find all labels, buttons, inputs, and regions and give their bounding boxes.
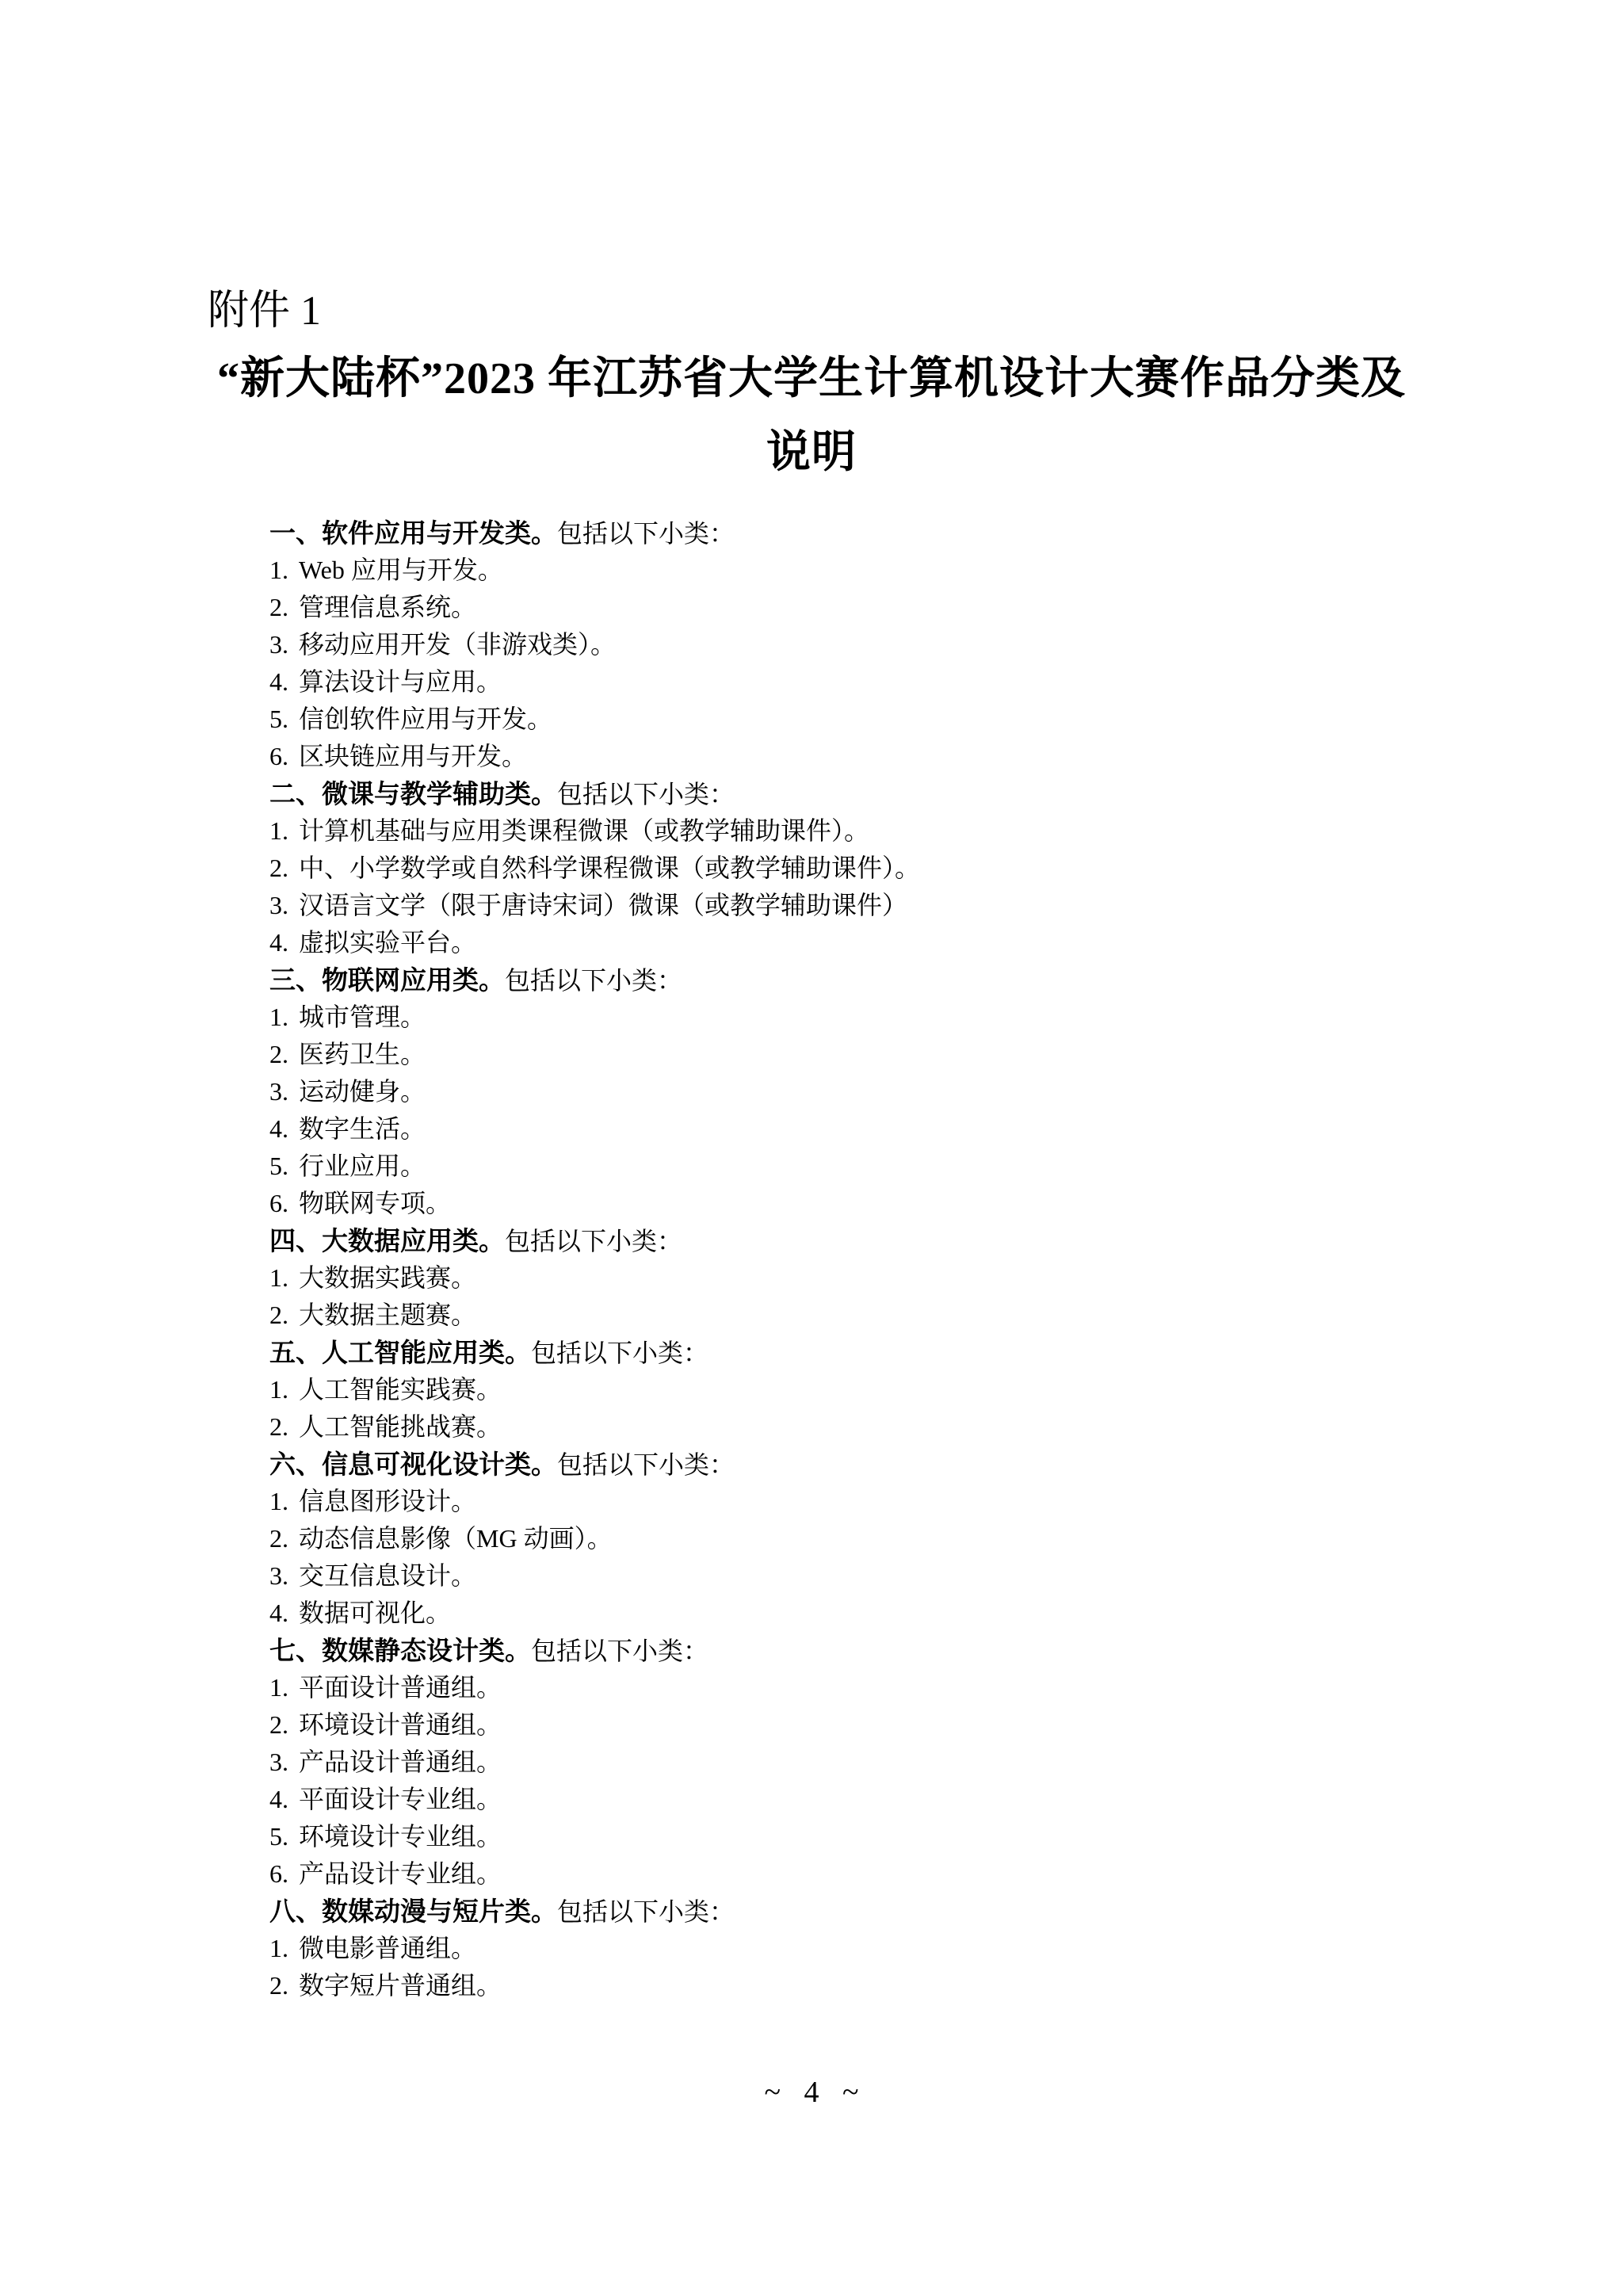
list-item-number: 6. (269, 738, 288, 775)
document-title: “新大陆杯”2023 年江苏省大学生计算机设计大赛作品分类及 说明 (111, 342, 1512, 490)
title-line-2: 说明 (111, 416, 1512, 490)
list-item-text: 大数据主题赛。 (299, 1301, 476, 1329)
list-item: 1.大数据实践赛。 (269, 1259, 1575, 1297)
list-item: 2.环境设计普通组。 (269, 1706, 1575, 1744)
list-item: 6.物联网专项。 (269, 1185, 1575, 1222)
list-item-text: 数据可视化。 (299, 1599, 451, 1627)
list-item-text: 产品设计专业组。 (299, 1859, 502, 1888)
title-line-1: “新大陆杯”2023 年江苏省大学生计算机设计大赛作品分类及 (111, 342, 1512, 416)
list-item: 3.交互信息设计。 (269, 1557, 1575, 1595)
list-item: 5.环境设计专业组。 (269, 1818, 1575, 1855)
list-item-number: 1. (269, 1930, 288, 1967)
list-item-number: 2. (269, 589, 288, 626)
list-item-number: 6. (269, 1185, 288, 1222)
category-heading-note: 包括以下小类： (505, 1227, 682, 1255)
list-item: 3.产品设计普通组。 (269, 1744, 1575, 1781)
list-item-number: 2. (269, 1036, 288, 1073)
list-item: 2.人工智能挑战赛。 (269, 1408, 1575, 1446)
list-item-text: 行业应用。 (299, 1152, 426, 1180)
list-item-text: 平面设计专业组。 (299, 1785, 502, 1813)
list-item-number: 2. (269, 1408, 288, 1446)
category-heading-note: 包括以下小类： (531, 1339, 708, 1367)
list-item: 2.管理信息系统。 (269, 589, 1575, 626)
list-item-text: 平面设计普通组。 (299, 1673, 502, 1702)
list-item-number: 3. (269, 1744, 288, 1781)
list-item-text: 产品设计普通组。 (299, 1748, 502, 1776)
category-heading: 七、数媒静态设计类。包括以下小类： (269, 1632, 1575, 1669)
list-item-text: 汉语言文学（限于唐诗宋词）微课（或教学辅助课件） (299, 891, 907, 919)
category-heading: 五、人工智能应用类。包括以下小类： (269, 1334, 1575, 1371)
list-item-number: 4. (269, 924, 288, 961)
list-item-number: 1. (269, 999, 288, 1036)
list-item-text: 中、小学数学或自然科学课程微课（或教学辅助课件）。 (299, 854, 920, 882)
list-item-text: 环境设计专业组。 (299, 1822, 502, 1851)
list-item-text: 物联网专项。 (299, 1189, 451, 1217)
list-item-number: 1. (269, 1259, 288, 1297)
category-heading-title: 八、数媒动漫与短片类。 (269, 1897, 557, 1926)
list-item: 2.动态信息影像（MG 动画）。 (269, 1520, 1575, 1557)
category-heading: 四、大数据应用类。包括以下小类： (269, 1222, 1575, 1259)
list-item: 2.中、小学数学或自然科学课程微课（或教学辅助课件）。 (269, 850, 1575, 887)
category-heading-note: 包括以下小类： (557, 1450, 735, 1479)
list-item: 1.计算机基础与应用类课程微课（或教学辅助课件）。 (269, 812, 1575, 850)
category-heading: 八、数媒动漫与短片类。包括以下小类： (269, 1893, 1575, 1930)
list-item: 3.运动健身。 (269, 1073, 1575, 1110)
category-section: 八、数媒动漫与短片类。包括以下小类：1.微电影普通组。2.数字短片普通组。 (269, 1893, 1575, 2004)
page-number: ~ 4 ~ (0, 2075, 1623, 2110)
list-item-text: 数字短片普通组。 (299, 1971, 502, 2000)
list-item: 3.移动应用开发（非游戏类）。 (269, 626, 1575, 663)
list-item-text: 人工智能挑战赛。 (299, 1412, 502, 1441)
list-item: 1.微电影普通组。 (269, 1930, 1575, 1967)
list-item-text: 大数据实践赛。 (299, 1263, 476, 1292)
list-item-number: 5. (269, 1818, 288, 1855)
list-item-text: 虚拟实验平台。 (299, 928, 476, 957)
list-item-number: 2. (269, 1706, 288, 1744)
list-item-number: 3. (269, 887, 288, 924)
list-item-number: 1. (269, 1483, 288, 1520)
list-item-number: 3. (269, 1557, 288, 1595)
category-section: 六、信息可视化设计类。包括以下小类：1.信息图形设计。2.动态信息影像（MG 动… (269, 1446, 1575, 1632)
list-item: 2.数字短片普通组。 (269, 1967, 1575, 2004)
list-item-number: 3. (269, 1073, 288, 1110)
category-heading-title: 五、人工智能应用类。 (269, 1338, 531, 1367)
category-heading-note: 包括以下小类： (557, 1897, 735, 1926)
list-item-text: 移动应用开发（非游戏类）。 (299, 630, 616, 659)
category-heading: 六、信息可视化设计类。包括以下小类： (269, 1446, 1575, 1483)
category-heading-note: 包括以下小类： (505, 966, 682, 995)
list-item-text: 人工智能实践赛。 (299, 1375, 502, 1404)
list-item: 1.城市管理。 (269, 999, 1575, 1036)
category-heading-title: 一、软件应用与开发类。 (269, 518, 557, 548)
list-item-number: 2. (269, 850, 288, 887)
category-heading: 三、物联网应用类。包括以下小类： (269, 961, 1575, 999)
category-section: 二、微课与教学辅助类。包括以下小类：1.计算机基础与应用类课程微课（或教学辅助课… (269, 775, 1575, 961)
list-item: 4.虚拟实验平台。 (269, 924, 1575, 961)
list-item-number: 2. (269, 1520, 288, 1557)
list-item: 1.信息图形设计。 (269, 1483, 1575, 1520)
list-item-number: 1. (269, 1669, 288, 1706)
list-item-text: 交互信息设计。 (299, 1561, 476, 1590)
category-heading-title: 二、微课与教学辅助类。 (269, 779, 557, 808)
list-item-text: 运动健身。 (299, 1077, 426, 1106)
list-item-number: 1. (269, 1371, 288, 1408)
category-section: 五、人工智能应用类。包括以下小类：1.人工智能实践赛。2.人工智能挑战赛。 (269, 1334, 1575, 1446)
attachment-label: 附件 1 (208, 287, 321, 336)
category-heading-note: 包括以下小类： (557, 780, 735, 808)
list-item-number: 4. (269, 1781, 288, 1818)
list-item: 5.行业应用。 (269, 1148, 1575, 1185)
list-item: 4.数字生活。 (269, 1110, 1575, 1148)
list-item-text: 信息图形设计。 (299, 1487, 476, 1515)
category-heading-title: 四、大数据应用类。 (269, 1226, 505, 1255)
list-item-number: 4. (269, 1595, 288, 1632)
list-item: 3.汉语言文学（限于唐诗宋词）微课（或教学辅助课件） (269, 887, 1575, 924)
list-item-number: 5. (269, 701, 288, 738)
list-item: 4.平面设计专业组。 (269, 1781, 1575, 1818)
list-item-text: 微电影普通组。 (299, 1934, 476, 1962)
list-item-number: 2. (269, 1967, 288, 2004)
list-item-number: 1. (269, 552, 288, 589)
category-heading-title: 七、数媒静态设计类。 (269, 1636, 531, 1665)
list-item-text: 算法设计与应用。 (299, 667, 502, 696)
list-item: 1.Web 应用与开发。 (269, 552, 1575, 589)
category-section: 三、物联网应用类。包括以下小类：1.城市管理。2.医药卫生。3.运动健身。4.数… (269, 961, 1575, 1222)
category-heading-note: 包括以下小类： (531, 1637, 708, 1665)
category-heading: 二、微课与教学辅助类。包括以下小类： (269, 775, 1575, 812)
list-item-text: 城市管理。 (299, 1003, 426, 1031)
list-item: 1.平面设计普通组。 (269, 1669, 1575, 1706)
category-heading-title: 三、物联网应用类。 (269, 965, 505, 995)
list-item-text: Web 应用与开发。 (299, 556, 503, 584)
list-item-text: 管理信息系统。 (299, 593, 476, 621)
category-heading-note: 包括以下小类： (557, 519, 735, 548)
list-item-text: 计算机基础与应用类课程微课（或教学辅助课件）。 (299, 816, 869, 845)
category-section: 七、数媒静态设计类。包括以下小类：1.平面设计普通组。2.环境设计普通组。3.产… (269, 1632, 1575, 1893)
list-item: 6.产品设计专业组。 (269, 1855, 1575, 1893)
list-item-number: 4. (269, 663, 288, 701)
list-item: 4.算法设计与应用。 (269, 663, 1575, 701)
document-body: 一、软件应用与开发类。包括以下小类：1.Web 应用与开发。2.管理信息系统。3… (269, 514, 1575, 2004)
list-item-text: 动态信息影像（MG 动画）。 (299, 1524, 613, 1553)
list-item-number: 2. (269, 1297, 288, 1334)
list-item: 2.大数据主题赛。 (269, 1297, 1575, 1334)
category-heading-title: 六、信息可视化设计类。 (269, 1450, 557, 1479)
list-item-number: 5. (269, 1148, 288, 1185)
list-item-text: 区块链应用与开发。 (299, 742, 527, 770)
list-item-text: 环境设计普通组。 (299, 1710, 502, 1739)
list-item: 1.人工智能实践赛。 (269, 1371, 1575, 1408)
list-item-text: 医药卫生。 (299, 1040, 426, 1068)
list-item-number: 6. (269, 1855, 288, 1893)
list-item: 2.医药卫生。 (269, 1036, 1575, 1073)
list-item: 5.信创软件应用与开发。 (269, 701, 1575, 738)
list-item: 6.区块链应用与开发。 (269, 738, 1575, 775)
list-item-number: 3. (269, 626, 288, 663)
category-section: 四、大数据应用类。包括以下小类：1.大数据实践赛。2.大数据主题赛。 (269, 1222, 1575, 1334)
list-item: 4.数据可视化。 (269, 1595, 1575, 1632)
list-item-text: 数字生活。 (299, 1114, 426, 1143)
category-heading: 一、软件应用与开发类。包括以下小类： (269, 514, 1575, 552)
document-page: 附件 1 “新大陆杯”2023 年江苏省大学生计算机设计大赛作品分类及 说明 一… (0, 0, 1623, 2296)
list-item-number: 4. (269, 1110, 288, 1148)
list-item-text: 信创软件应用与开发。 (299, 705, 552, 733)
list-item-number: 1. (269, 812, 288, 850)
category-section: 一、软件应用与开发类。包括以下小类：1.Web 应用与开发。2.管理信息系统。3… (269, 514, 1575, 775)
